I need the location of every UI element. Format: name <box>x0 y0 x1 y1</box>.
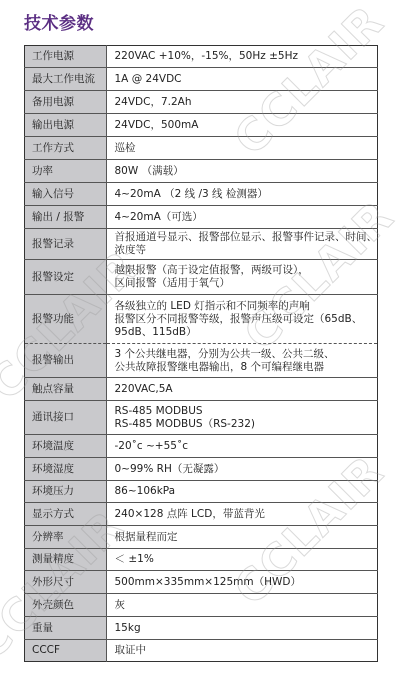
spec-row: 工作电源220VAC +10%，-15%，50Hz ±5Hz <box>25 46 378 68</box>
spec-label: 输入信号 <box>25 183 107 206</box>
spec-row: 分辨率根据量程而定 <box>25 526 378 549</box>
spec-value: 500mm×335mm×125mm（HWD） <box>106 571 378 594</box>
spec-value: 根据量程而定 <box>106 526 378 549</box>
spec-row: 报警输出3 个公共继电器，分别为公共一级、公共二级、公共故障报警继电器输出，8 … <box>25 344 378 378</box>
spec-value: 巡检 <box>106 137 378 160</box>
spec-value-line: 86~106kPa <box>115 485 378 498</box>
spec-row: 输入信号4~20mA （2 线 /3 线 检测器） <box>25 183 378 206</box>
spec-value-line: 220VAC +10%，-15%，50Hz ±5Hz <box>115 50 378 63</box>
spec-label: 报警输出 <box>25 344 107 378</box>
spec-table-body: 工作电源220VAC +10%，-15%，50Hz ±5Hz最大工作电流1A @… <box>25 46 378 662</box>
spec-row: CCCF取证中 <box>25 640 378 662</box>
spec-value: 取证中 <box>106 640 378 662</box>
spec-value: 220VAC +10%，-15%，50Hz ±5Hz <box>106 46 378 68</box>
spec-value-line: 公共故障报警继电器输出，8 个可编程继电器 <box>115 361 378 374</box>
spec-value: 24VDC，7.2Ah <box>106 91 378 114</box>
spec-value-line: 220VAC,5A <box>115 383 378 396</box>
spec-value-line: 巡检 <box>115 142 378 155</box>
spec-row: 环境温度-20˚c ~+55˚c <box>25 435 378 458</box>
spec-row: 报警设定越限报警（高于设定值报警，两级可设），区间报警（适用于氧气） <box>25 260 378 295</box>
spec-value-line: 500mm×335mm×125mm（HWD） <box>115 576 378 589</box>
spec-value: 越限报警（高于设定值报警，两级可设），区间报警（适用于氧气） <box>106 260 378 295</box>
spec-value-line: 越限报警（高于设定值报警，两级可设）， <box>115 264 378 277</box>
spec-value: 4~20mA（可选） <box>106 206 378 229</box>
spec-value: 4~20mA （2 线 /3 线 检测器） <box>106 183 378 206</box>
spec-label: 环境压力 <box>25 481 107 503</box>
spec-value-line: 首报通道号显示、报警部位显示、报警事件记录、时间、 <box>115 231 378 244</box>
spec-value: ＜ ±1% <box>106 549 378 571</box>
spec-row: 备用电源24VDC，7.2Ah <box>25 91 378 114</box>
spec-value-line: 报警区分不同报警等级，报警声压级可设定（65dB、 <box>115 313 378 326</box>
spec-value: 80W （满载） <box>106 160 378 183</box>
spec-value-line: 区间报警（适用于氧气） <box>115 277 378 290</box>
spec-value-line: ＜ ±1% <box>115 553 378 566</box>
spec-value-line: 4~20mA （2 线 /3 线 检测器） <box>115 188 378 201</box>
spec-value-line: 24VDC，500mA <box>115 119 378 132</box>
spec-row: 功率80W （满载） <box>25 160 378 183</box>
spec-value-line: 1A @ 24VDC <box>115 73 378 86</box>
spec-table: 工作电源220VAC +10%，-15%，50Hz ±5Hz最大工作电流1A @… <box>24 45 378 662</box>
spec-label: 通讯接口 <box>25 401 107 435</box>
spec-label: 触点容量 <box>25 378 107 401</box>
spec-value-line: 浓度等 <box>115 244 378 257</box>
spec-label: 环境湿度 <box>25 458 107 481</box>
spec-value: 15kg <box>106 617 378 640</box>
spec-label: CCCF <box>25 640 107 662</box>
spec-label: 环境温度 <box>25 435 107 458</box>
spec-value-line: 240×128 点阵 LCD，带蓝背光 <box>115 508 378 521</box>
spec-value: 各级独立的 LED 灯指示和不同频率的声响报警区分不同报警等级，报警声压级可设定… <box>106 295 378 344</box>
spec-row: 显示方式240×128 点阵 LCD，带蓝背光 <box>25 503 378 526</box>
spec-label: 功率 <box>25 160 107 183</box>
spec-value-line: 80W （满载） <box>115 165 378 178</box>
page-title: 技术参数 <box>24 9 94 34</box>
spec-value-line: 15kg <box>115 622 378 635</box>
spec-row: 工作方式巡检 <box>25 137 378 160</box>
spec-value-line: RS-485 MODBUS <box>115 405 378 418</box>
spec-value-line: RS-485 MODBUS（RS-232) <box>115 418 378 431</box>
spec-label: 分辨率 <box>25 526 107 549</box>
spec-value-line: 取证中 <box>115 644 378 657</box>
spec-row: 输出电源24VDC，500mA <box>25 114 378 137</box>
spec-value: 86~106kPa <box>106 481 378 503</box>
spec-value-line: 灰 <box>115 599 378 612</box>
spec-label: 外形尺寸 <box>25 571 107 594</box>
spec-value-line: -20˚c ~+55˚c <box>115 440 378 453</box>
spec-value: 240×128 点阵 LCD，带蓝背光 <box>106 503 378 526</box>
spec-value: 灰 <box>106 594 378 617</box>
spec-row: 输出 / 报警4~20mA（可选） <box>25 206 378 229</box>
spec-value-line: 3 个公共继电器，分别为公共一级、公共二级、 <box>115 348 378 361</box>
spec-value-line: 根据量程而定 <box>115 531 378 544</box>
spec-label: 显示方式 <box>25 503 107 526</box>
spec-label: 输出电源 <box>25 114 107 137</box>
spec-row: 最大工作电流1A @ 24VDC <box>25 68 378 91</box>
spec-label: 测量精度 <box>25 549 107 571</box>
spec-row: 测量精度＜ ±1% <box>25 549 378 571</box>
spec-value-line: 95dB、115dB） <box>115 326 378 339</box>
spec-value: 0~99% RH（无凝露） <box>106 458 378 481</box>
spec-label: 工作电源 <box>25 46 107 68</box>
spec-value-line: 0~99% RH（无凝露） <box>115 463 378 476</box>
spec-value: 220VAC,5A <box>106 378 378 401</box>
spec-label: 外壳颜色 <box>25 594 107 617</box>
spec-label: 最大工作电流 <box>25 68 107 91</box>
spec-label: 输出 / 报警 <box>25 206 107 229</box>
spec-value: 3 个公共继电器，分别为公共一级、公共二级、公共故障报警继电器输出，8 个可编程… <box>106 344 378 378</box>
spec-row: 报警功能各级独立的 LED 灯指示和不同频率的声响报警区分不同报警等级，报警声压… <box>25 295 378 344</box>
spec-value: 首报通道号显示、报警部位显示、报警事件记录、时间、浓度等 <box>106 229 378 260</box>
spec-row: 触点容量220VAC,5A <box>25 378 378 401</box>
spec-value-line: 24VDC，7.2Ah <box>115 96 378 109</box>
spec-row: 环境湿度0~99% RH（无凝露） <box>25 458 378 481</box>
spec-label: 工作方式 <box>25 137 107 160</box>
spec-label: 重量 <box>25 617 107 640</box>
spec-value: -20˚c ~+55˚c <box>106 435 378 458</box>
spec-label: 报警记录 <box>25 229 107 260</box>
spec-label: 报警设定 <box>25 260 107 295</box>
spec-row: 外壳颜色灰 <box>25 594 378 617</box>
spec-value-line: 4~20mA（可选） <box>115 211 378 224</box>
spec-row: 环境压力86~106kPa <box>25 481 378 503</box>
spec-label: 报警功能 <box>25 295 107 344</box>
spec-row: 报警记录首报通道号显示、报警部位显示、报警事件记录、时间、浓度等 <box>25 229 378 260</box>
spec-row: 通讯接口RS-485 MODBUSRS-485 MODBUS（RS-232) <box>25 401 378 435</box>
spec-label: 备用电源 <box>25 91 107 114</box>
spec-row: 重量15kg <box>25 617 378 640</box>
spec-value-line: 各级独立的 LED 灯指示和不同频率的声响 <box>115 300 378 313</box>
spec-row: 外形尺寸500mm×335mm×125mm（HWD） <box>25 571 378 594</box>
spec-value: 24VDC，500mA <box>106 114 378 137</box>
spec-value: RS-485 MODBUSRS-485 MODBUS（RS-232) <box>106 401 378 435</box>
spec-value: 1A @ 24VDC <box>106 68 378 91</box>
